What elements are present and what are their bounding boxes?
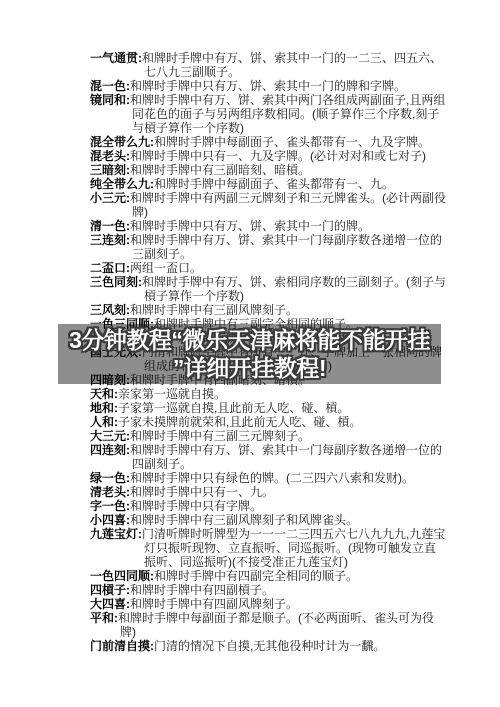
yaku-entry: 清老头:和牌时手牌中只有一、九。 (90, 485, 446, 499)
yaku-entry: 大三元:和牌时手牌中有三副三元牌刻子。 (90, 429, 446, 443)
yaku-description: 和牌时手牌中只有万、饼、索其中一门的牌和字牌。 (130, 79, 406, 93)
yaku-entry: 四槓子:和牌时手牌中有四副槓子。 (90, 583, 446, 597)
ad-banner-title-line2: ”详细开挂教程! (173, 354, 326, 382)
yaku-term: 大三元: (90, 429, 130, 443)
yaku-term: 一色四同顺: (90, 569, 154, 583)
yaku-description: 门清听牌时听牌型为一一一二三四五六七八九九九,九莲宝灯只振听现物、立直振听、同巡… (142, 527, 445, 569)
yaku-entry: 一色四同顺:和牌时手牌中有四副完全相同的顺子。 (90, 569, 446, 583)
yaku-entry: 四连刻:和牌时手牌中有万、饼、索其中一门每副序数各递增一位的四副刻子。 (90, 443, 446, 471)
yaku-description: 亲家第一巡就自摸。 (118, 387, 226, 401)
yaku-description: 和牌时手牌中有万、饼、索其中一门的一二三、四五六、七八九三副顺子。 (142, 51, 442, 79)
yaku-description: 和牌时手牌中只有绿色的牌。(二三四六八索和发财)。 (130, 471, 414, 485)
yaku-entry: 地和:子家第一巡就自摸,且此前无人吃、碰、槓。 (90, 401, 446, 415)
yaku-term: 地和: (90, 401, 118, 415)
yaku-term: 字一色: (90, 499, 130, 513)
yaku-term: 门前清自摸: (90, 639, 154, 653)
yaku-term: 人和: (90, 415, 118, 429)
yaku-term: 大四喜: (90, 597, 130, 611)
yaku-entry: 二盃口:两组一盃口。 (90, 261, 446, 275)
yaku-term: 纯全带么九: (90, 177, 154, 191)
yaku-term: 二盃口: (90, 261, 130, 275)
yaku-term: 混老头: (90, 149, 130, 163)
yaku-description: 和牌时手牌中只有一、九。 (130, 485, 274, 499)
yaku-term: 三风刻: (90, 303, 130, 317)
yaku-entry: 小四喜:和牌时手牌中有三副风牌刻子和风牌雀头。 (90, 513, 446, 527)
yaku-description: 和牌时手牌中有四副风牌刻子。 (130, 597, 298, 611)
yaku-description: 子家未摸牌前就荣和,且此前无人吃、碰、槓。 (118, 415, 361, 429)
yaku-entry: 混老头:和牌时手牌中只有一、九及字牌。(必计对对和或七对子) (90, 149, 446, 163)
yaku-description: 和牌时手牌中有万、饼、索相同序数的三副刻子。(刻子与槓子算作一个序数) (142, 275, 446, 303)
yaku-description: 和牌时手牌中每副面子、雀头都带有一、九。 (154, 177, 394, 191)
yaku-term: 三暗刻: (90, 163, 130, 177)
rules-document-page: 一气通贯:和牌时手牌中有万、饼、索其中一门的一二三、四五六、七八九三副顺子。混一… (0, 0, 500, 707)
yaku-entry: 九莲宝灯:门清听牌时听牌型为一一一二三四五六七八九九九,九莲宝灯只振听现物、立直… (90, 527, 446, 569)
yaku-entry: 门前清自摸:门清的情况下自摸,无其他役种时计为一飜。 (90, 639, 446, 653)
yaku-entry: 三风刻:和牌时手牌中有三副风牌刻子。 (90, 303, 446, 317)
yaku-description: 和牌时手牌中有三副风牌刻子和风牌雀头。 (130, 513, 358, 527)
yaku-description: 门清的情况下自摸,无其他役种时计为一飜。 (154, 639, 385, 653)
yaku-term: 三色同刻: (90, 275, 142, 289)
yaku-description: 和牌时手牌中有万、饼、索其中一门每副序数各递增一位的四副刻子。 (130, 443, 442, 471)
ad-banner-title-line1: 3分钟教程“微乐天津麻将能不能开挂 (69, 326, 430, 354)
yaku-term: 天和: (90, 387, 118, 401)
yaku-entry: 小三元:和牌时手牌中有两副三元牌刻子和三元牌雀头。(必计两副役牌) (90, 191, 446, 219)
yaku-description: 两组一盃口。 (130, 261, 202, 275)
yaku-description: 和牌时手牌中有三副风牌刻子。 (130, 303, 298, 317)
yaku-description: 子家第一巡就自摸,且此前无人吃、碰、槓。 (118, 401, 349, 415)
yaku-description: 和牌时手牌中每副面子、雀头都带有一、九及字牌。 (154, 135, 430, 149)
yaku-description: 和牌时手牌中有四副完全相同的顺子。 (154, 569, 358, 583)
yaku-description: 和牌时手牌中有三副三元牌刻子。 (130, 429, 310, 443)
yaku-term: 平和: (90, 611, 118, 625)
yaku-entry: 平和:和牌时手牌中每副面子都是顺子。(不必两面听、雀头可为役牌) (90, 611, 446, 639)
yaku-description: 和牌时手牌中有两副三元牌刻子和三元牌雀头。(必计两副役牌) (130, 191, 446, 219)
yaku-term: 小三元: (90, 191, 130, 205)
yaku-term: 清老头: (90, 485, 130, 499)
yaku-entry: 一气通贯:和牌时手牌中有万、饼、索其中一门的一二三、四五六、七八九三副顺子。 (90, 51, 446, 79)
yaku-entry: 镜同和:和牌时手牌中有万、饼、索其中两门各组成两副面子,且两组同花色的面子与另两… (90, 93, 446, 135)
yaku-entry: 绿一色:和牌时手牌中只有绿色的牌。(二三四六八索和发财)。 (90, 471, 446, 485)
yaku-entry: 三暗刻:和牌时手牌中有三副暗刻、暗槓。 (90, 163, 446, 177)
yaku-description: 和牌时手牌中有四副槓子。 (130, 583, 274, 597)
yaku-term: 镜同和: (90, 93, 130, 107)
yaku-description: 和牌时手牌中只有一、九及字牌。(必计对对和或七对子) (130, 149, 426, 163)
yaku-entry: 清一色:和牌时手牌中只有万、饼、索其中一门的牌。 (90, 219, 446, 233)
yaku-term: 绿一色: (90, 471, 130, 485)
yaku-term: 四槓子: (90, 583, 130, 597)
yaku-entry: 字一色:和牌时手牌中只有字牌。 (90, 499, 446, 513)
yaku-term: 混全带么九: (90, 135, 154, 149)
yaku-term: 清一色: (90, 219, 130, 233)
yaku-term: 九莲宝灯: (90, 527, 142, 541)
yaku-entry: 混一色:和牌时手牌中只有万、饼、索其中一门的牌和字牌。 (90, 79, 446, 93)
yaku-term: 小四喜: (90, 513, 130, 527)
yaku-description: 和牌时手牌中有万、饼、索其中一门每副序数各递增一位的三副刻子。 (130, 233, 442, 261)
yaku-description: 和牌时手牌中有万、饼、索其中两门各组成两副面子,且两组同花色的面子与另两组序数相… (130, 93, 445, 135)
yaku-term: 混一色: (90, 79, 130, 93)
yaku-entry: 三连刻:和牌时手牌中有万、饼、索其中一门每副序数各递增一位的三副刻子。 (90, 233, 446, 261)
yaku-term: 四连刻: (90, 443, 130, 457)
yaku-entry: 三色同刻:和牌时手牌中有万、饼、索相同序数的三副刻子。(刻子与槓子算作一个序数) (90, 275, 446, 303)
yaku-term: 一气通贯: (90, 51, 142, 65)
yaku-description: 和牌时手牌中有三副暗刻、暗槓。 (130, 163, 310, 177)
yaku-description: 和牌时手牌中只有字牌。 (130, 499, 262, 513)
yaku-entry: 纯全带么九:和牌时手牌中每副面子、雀头都带有一、九。 (90, 177, 446, 191)
yaku-term: 三连刻: (90, 233, 130, 247)
yaku-entry: 人和:子家未摸牌前就荣和,且此前无人吃、碰、槓。 (90, 415, 446, 429)
yaku-entry: 大四喜:和牌时手牌中有四副风牌刻子。 (90, 597, 446, 611)
yaku-description: 和牌时手牌中每副面子都是顺子。(不必两面听、雀头可为役牌) (118, 611, 434, 639)
yaku-entry: 天和:亲家第一巡就自摸。 (90, 387, 446, 401)
yaku-description: 和牌时手牌中只有万、饼、索其中一门的牌。 (130, 219, 370, 233)
yaku-entry: 混全带么九:和牌时手牌中每副面子、雀头都带有一、九及字牌。 (90, 135, 446, 149)
ad-overlay-banner[interactable]: 3分钟教程“微乐天津麻将能不能开挂 ”详细开挂教程! (58, 324, 441, 384)
